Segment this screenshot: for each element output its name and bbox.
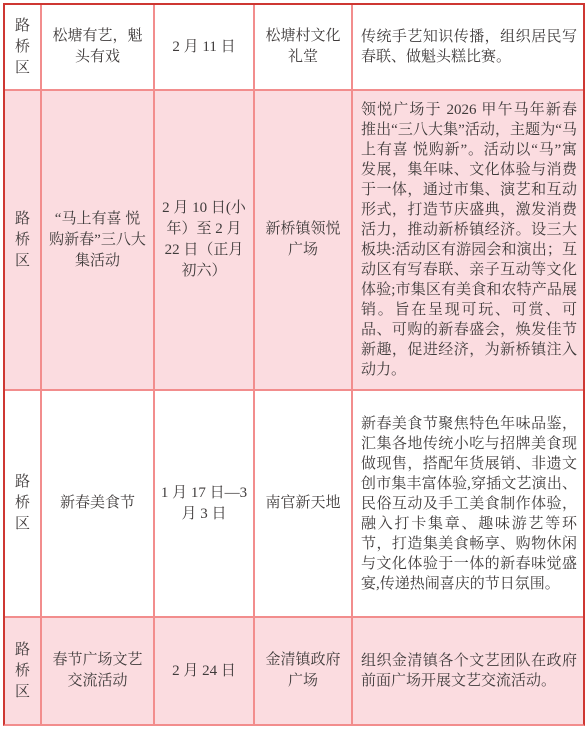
event-date-cell: 1 月 17 日—3 月 3 日 [153, 391, 253, 616]
event-venue-cell: 松塘村文化礼堂 [253, 5, 351, 89]
event-date-cell: 2 月 11 日 [153, 5, 253, 89]
event-name-cell: 松塘有艺，魁头有戏 [40, 5, 153, 89]
table-row: 路桥区 “马上有喜 悦购新春”三八大集活动 2 月 10 日(小年）至 2 月 … [5, 89, 583, 389]
event-name-cell: 新春美食节 [40, 391, 153, 616]
table-row: 路桥区 松塘有艺，魁头有戏 2 月 11 日 松塘村文化礼堂 传统手艺知识传播，… [5, 5, 583, 89]
event-name-cell: “马上有喜 悦购新春”三八大集活动 [40, 91, 153, 389]
event-name-cell: 春节广场文艺交流活动 [40, 618, 153, 724]
event-venue-label: 南官新天地 [265, 493, 340, 514]
event-venue-label: 松塘村文化礼堂 [260, 26, 346, 68]
region-label: 路桥区 [15, 209, 31, 272]
event-venue-cell: 南官新天地 [253, 391, 351, 616]
event-venue-label: 金清镇政府广场 [260, 650, 346, 692]
event-date-label: 2 月 24 日 [172, 661, 236, 682]
event-description-text: 领悦广场于 2026 甲午马年新春推出“三八大集”活动，主题为“马上有喜 悦购新… [361, 100, 577, 380]
event-date-label: 1 月 17 日—3 月 3 日 [159, 483, 249, 525]
event-name-label: “马上有喜 悦购新春”三八大集活动 [48, 209, 147, 272]
event-date-label: 2 月 11 日 [172, 37, 235, 58]
event-date-label: 2 月 10 日(小年）至 2 月 22 日（正月初六） [159, 198, 249, 282]
event-description-cell: 领悦广场于 2026 甲午马年新春推出“三八大集”活动，主题为“马上有喜 悦购新… [351, 91, 583, 389]
event-description-cell: 传统手艺知识传播，组织居民写春联、做魁头糕比赛。 [351, 5, 583, 89]
region-cell: 路桥区 [5, 618, 40, 724]
region-label: 路桥区 [15, 472, 31, 535]
event-description-cell: 组织金清镇各个文艺团队在政府前面广场开展文艺交流活动。 [351, 618, 583, 724]
event-date-cell: 2 月 24 日 [153, 618, 253, 724]
region-label: 路桥区 [15, 640, 31, 703]
region-cell: 路桥区 [5, 5, 40, 89]
region-cell: 路桥区 [5, 391, 40, 616]
event-venue-cell: 金清镇政府广场 [253, 618, 351, 724]
event-description-text: 新春美食节聚焦特色年味品鉴，汇集各地传统小吃与招牌美食现做现售，搭配年货展销、非… [361, 414, 577, 594]
event-description-cell: 新春美食节聚焦特色年味品鉴，汇集各地传统小吃与招牌美食现做现售，搭配年货展销、非… [351, 391, 583, 616]
region-label: 路桥区 [15, 16, 31, 79]
event-venue-label: 新桥镇领悦广场 [260, 219, 346, 261]
event-description-text: 组织金清镇各个文艺团队在政府前面广场开展文艺交流活动。 [361, 651, 577, 691]
table-row: 路桥区 新春美食节 1 月 17 日—3 月 3 日 南官新天地 新春美食节聚焦… [5, 389, 583, 616]
event-venue-cell: 新桥镇领悦广场 [253, 91, 351, 389]
event-date-cell: 2 月 10 日(小年）至 2 月 22 日（正月初六） [153, 91, 253, 389]
event-name-label: 新春美食节 [60, 493, 135, 514]
event-name-label: 松塘有艺，魁头有戏 [48, 26, 147, 68]
event-name-label: 春节广场文艺交流活动 [48, 650, 147, 692]
region-cell: 路桥区 [5, 91, 40, 389]
spring-festival-events-table: 路桥区 松塘有艺，魁头有戏 2 月 11 日 松塘村文化礼堂 传统手艺知识传播，… [3, 3, 585, 726]
table-row: 路桥区 春节广场文艺交流活动 2 月 24 日 金清镇政府广场 组织金清镇各个文… [5, 616, 583, 724]
event-description-text: 传统手艺知识传播，组织居民写春联、做魁头糕比赛。 [361, 27, 577, 67]
